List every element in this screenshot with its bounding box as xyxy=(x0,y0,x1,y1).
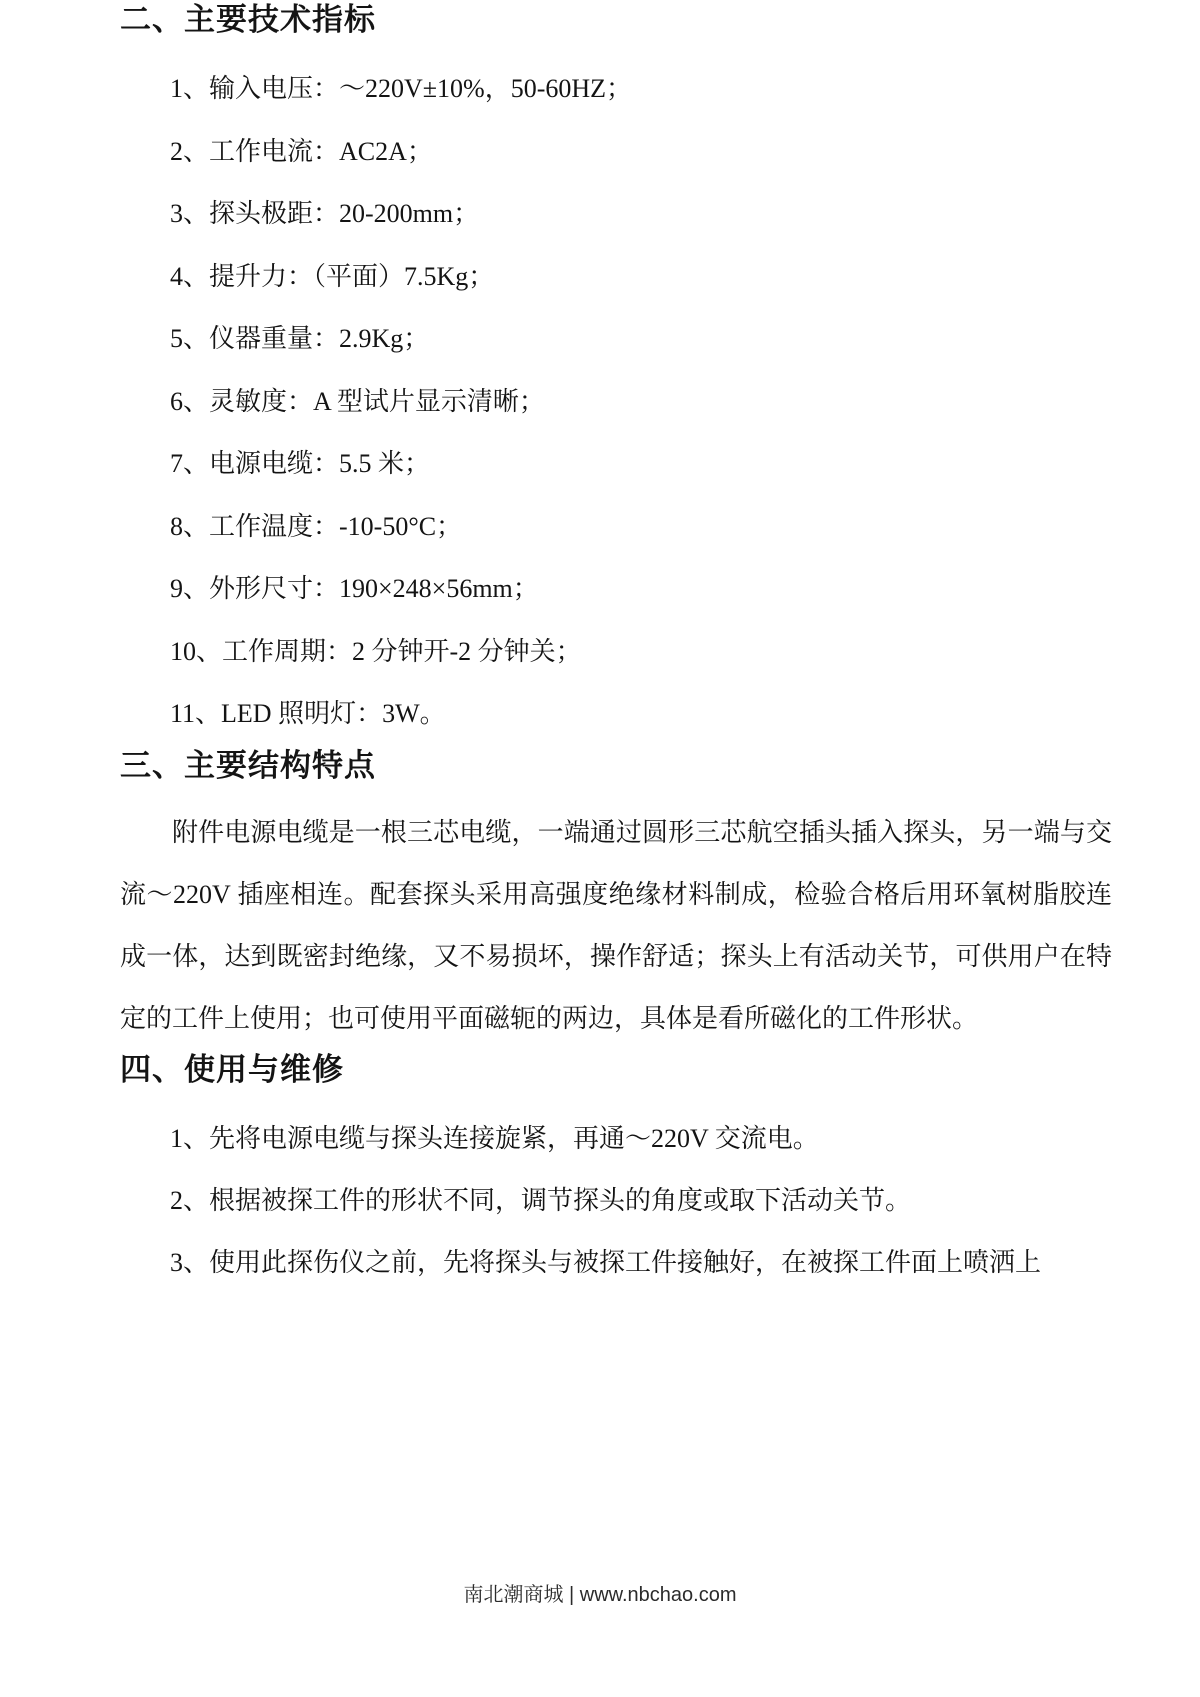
section-specs-heading: 二、主要技术指标 xyxy=(120,0,1112,40)
spec-item-6: 6、灵敏度：A 型试片显示清晰； xyxy=(170,371,1112,434)
section-usage: 四、使用与维修 1、先将电源电缆与探头连接旋紧，再通～220V 交流电。 2、根… xyxy=(120,1050,1112,1294)
spec-item-3: 3、探头极距：20-200mm； xyxy=(170,183,1112,246)
footer-site-text: 南北潮商城 | www.nbchao.com xyxy=(463,1584,736,1606)
usage-item-1: 1、先将电源电缆与探头连接旋紧，再通～220V 交流电。 xyxy=(170,1108,1112,1170)
usage-item-2: 2、根据被探工件的形状不同，调节探头的角度或取下活动关节。 xyxy=(170,1170,1112,1232)
spec-item-7: 7、电源电缆：5.5 米； xyxy=(170,433,1112,496)
section-structure-heading: 三、主要结构特点 xyxy=(120,746,1112,786)
usage-list: 1、先将电源电缆与探头连接旋紧，再通～220V 交流电。 2、根据被探工件的形状… xyxy=(120,1108,1112,1294)
usage-item-3: 3、使用此探伤仪之前，先将探头与被探工件接触好，在被探工件面上喷洒上 xyxy=(170,1232,1112,1294)
structure-paragraph: 附件电源电缆是一根三芯电缆，一端通过圆形三芯航空插头插入探头，另一端与交流～22… xyxy=(120,802,1112,1050)
spec-item-11: 11、LED 照明灯：3W。 xyxy=(170,683,1112,746)
spec-item-2: 2、工作电流：AC2A； xyxy=(170,121,1112,184)
document-content: 二、主要技术指标 1、输入电压：～220V±10%，50-60HZ； 2、工作电… xyxy=(120,0,1112,1294)
spec-item-5: 5、仪器重量：2.9Kg； xyxy=(170,308,1112,371)
document-page: 二、主要技术指标 1、输入电压：～220V±10%，50-60HZ； 2、工作电… xyxy=(0,0,1200,1697)
spec-item-1: 1、输入电压：～220V±10%，50-60HZ； xyxy=(170,58,1112,121)
section-usage-heading: 四、使用与维修 xyxy=(120,1050,1112,1090)
spec-item-4: 4、提升力：（平面）7.5Kg； xyxy=(170,246,1112,309)
page-footer: 南北潮商城 | www.nbchao.com xyxy=(0,1578,1200,1607)
spec-item-10: 10、工作周期：2 分钟开-2 分钟关； xyxy=(170,621,1112,684)
section-specs: 二、主要技术指标 1、输入电压：～220V±10%，50-60HZ； 2、工作电… xyxy=(120,0,1112,746)
spec-item-8: 8、工作温度：-10-50°C； xyxy=(170,496,1112,559)
spec-item-9: 9、外形尺寸：190×248×56mm； xyxy=(170,558,1112,621)
section-structure: 三、主要结构特点 附件电源电缆是一根三芯电缆，一端通过圆形三芯航空插头插入探头，… xyxy=(120,746,1112,1050)
spec-list: 1、输入电压：～220V±10%，50-60HZ； 2、工作电流：AC2A； 3… xyxy=(120,58,1112,746)
